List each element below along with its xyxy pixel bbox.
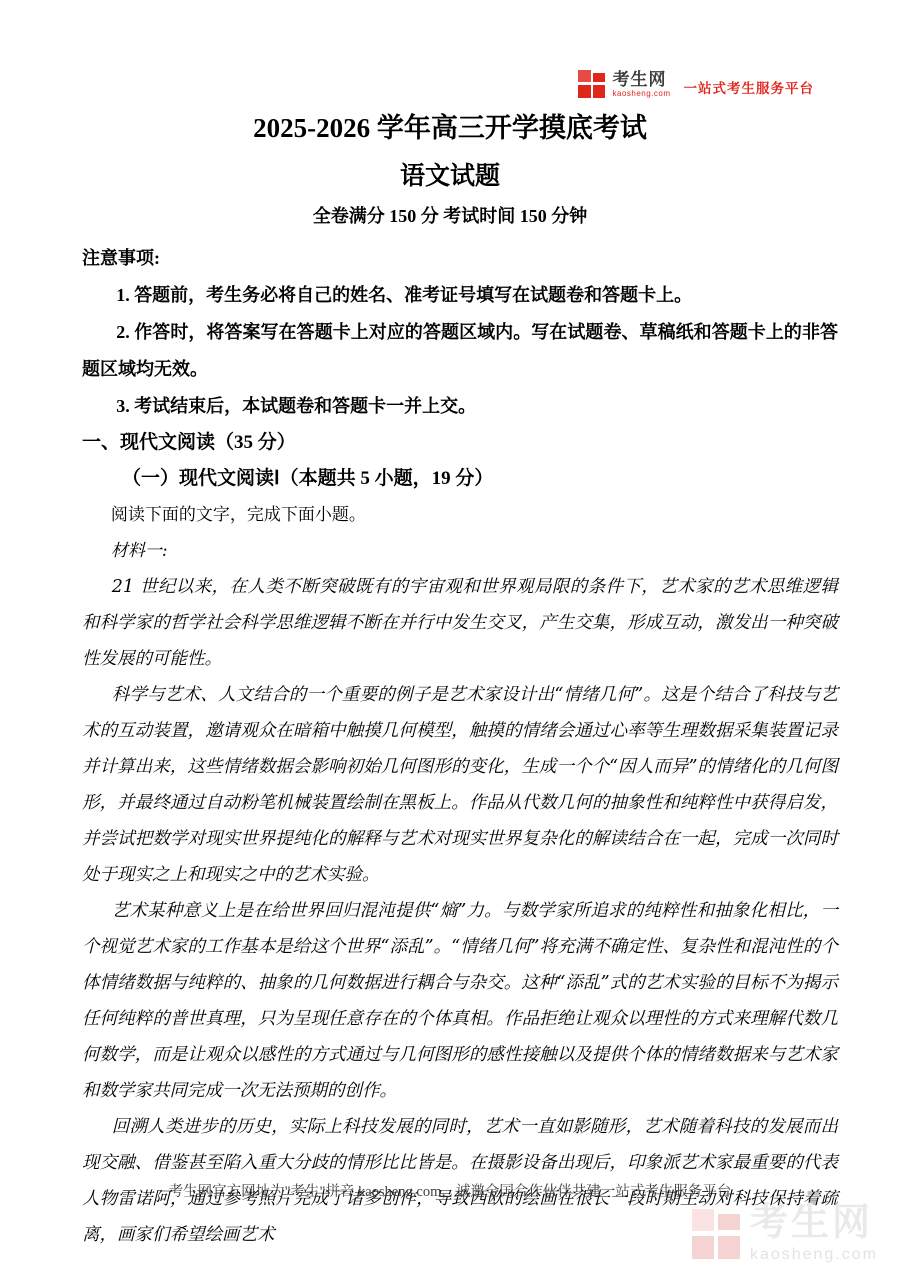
watermark-brand-name: 考生网 [750,1204,878,1242]
score-duration-line: 全卷满分 150 分 考试时间 150 分钟 [0,205,900,228]
exam-subject-title: 语文试题 [0,162,900,192]
notice-item-3: 3. 考试结束后，本试题卷和答题卡一并上交。 [82,388,838,425]
section-heading-modern-reading: 一、现代文阅读（35 分） [82,425,838,461]
exam-title: 2025-2026 学年高三开学摸底考试 [0,112,900,145]
subsection-heading-reading-1: （一）现代文阅读Ⅰ（本题共 5 小题，19 分） [82,461,838,497]
footer-note: 考生网官方网址为"考生"拼音 kaosheng.com，诚邀全国合作伙伴共建一站… [0,1180,900,1201]
material-paragraph-3: 艺术某种意义上是在给世界回归混沌提供“熵”力。与数学家所追求的纯粹性和抽象化相比… [82,893,838,1109]
document-body: 注意事项: 1. 答题前，考生务必将自己的姓名、准考证号填写在试题卷和答题卡上。… [82,240,838,1253]
kaosheng-logo: 考生网 kaosheng.com 一站式考生服务平台 [578,70,814,98]
reading-instruction: 阅读下面的文字，完成下面小题。 [82,497,838,533]
kaosheng-watermark: 考生网 kaosheng.com [692,1204,878,1263]
watermark-domain: kaosheng.com [750,1247,878,1263]
material-one-label: 材料一: [82,533,838,569]
kaosheng-logo-icon [578,70,605,98]
logo-domain: kaosheng.com [612,90,670,98]
notice-item-1: 1. 答题前，考生务必将自己的姓名、准考证号填写在试题卷和答题卡上。 [82,277,838,314]
material-paragraph-2: 科学与艺术、人文结合的一个重要的例子是艺术家设计出“情绪几何”。这是个结合了科技… [82,677,838,893]
kaosheng-watermark-icon [692,1209,740,1259]
logo-tagline: 一站式考生服务平台 [684,77,815,98]
notice-item-2: 2. 作答时，将答案写在答题卡上对应的答题区域内。写在试题卷、草稿纸和答题卡上的… [82,314,838,388]
notice-heading: 注意事项: [82,240,838,277]
material-paragraph-1: 21 世纪以来，在人类不断突破既有的宇宙观和世界观局限的条件下，艺术家的艺术思维… [82,569,838,677]
logo-brand-name: 考生网 [612,71,670,88]
